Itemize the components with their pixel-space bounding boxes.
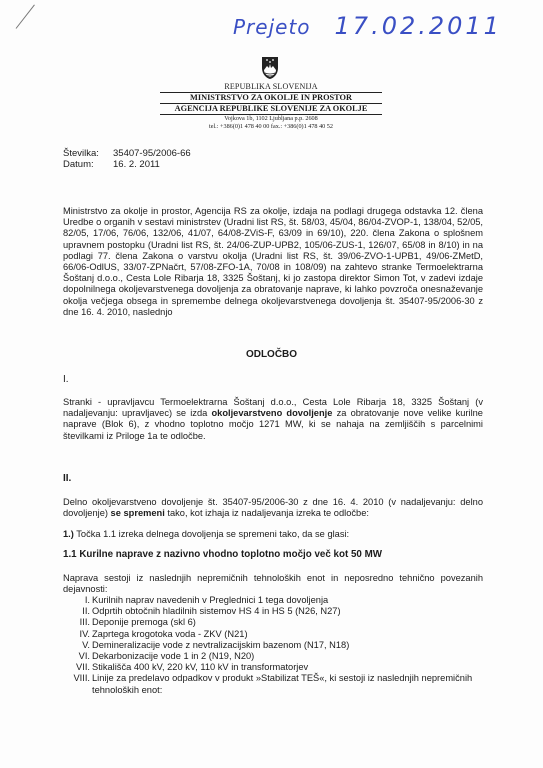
ministry-name: MINISTRSTVO ZA OKOLJE IN PROSTOR bbox=[160, 92, 382, 103]
number-value: 35407-95/2006-66 bbox=[113, 148, 191, 159]
device-paragraph: Naprava sestoji iz naslednjih nepremični… bbox=[63, 573, 483, 595]
list-item-number: VIII. bbox=[56, 673, 92, 695]
received-stamp: Prejeto17.02.2011 bbox=[233, 12, 502, 40]
section-1-heading: I. bbox=[63, 374, 69, 385]
s2-bold: se spremeni bbox=[111, 508, 165, 518]
list-item-number: V. bbox=[56, 640, 92, 651]
point-1: 1.) Točka 1.1 izreka delnega dovoljenja … bbox=[63, 529, 483, 540]
s2-text-after: tako, kot izhaja iz nadaljevanja izreka … bbox=[165, 508, 369, 518]
document-page: Prejeto17.02.2011 REPUBLIKA SLOVENIJA MI… bbox=[0, 0, 543, 768]
unit-list: I.Kurilnih naprav navedenih v Preglednic… bbox=[56, 595, 486, 696]
point-text: Točka 1.1 izreka delnega dovoljenja se s… bbox=[74, 529, 349, 539]
list-item: VI.Dekarbonizacije vode 1 in 2 (N19, N20… bbox=[56, 651, 486, 662]
list-item-number: I. bbox=[56, 595, 92, 606]
list-item-number: IV. bbox=[56, 629, 92, 640]
list-item: III.Deponije premoga (skl 6) bbox=[56, 617, 486, 628]
list-item: VII.Stikališča 400 kV, 220 kV, 110 kV in… bbox=[56, 662, 486, 673]
section-2-paragraph: Delno okoljevarstveno dovoljenje št. 354… bbox=[63, 497, 483, 519]
s1-bold: okoljevarstveno dovoljenje bbox=[211, 408, 332, 418]
republic-name: REPUBLIKA SLOVENIJA bbox=[160, 82, 382, 92]
list-item-text: Deponije premoga (skl 6) bbox=[92, 617, 486, 628]
slovenia-coat-of-arms-icon bbox=[261, 56, 279, 80]
list-item: VIII.Linije za predelavo odpadkov v prod… bbox=[56, 673, 486, 695]
list-item: V.Demineralizacije vode z nevtralizacijs… bbox=[56, 640, 486, 651]
date-value: 16. 2. 2011 bbox=[113, 159, 160, 170]
received-label: Prejeto bbox=[233, 15, 311, 39]
list-item-text: Odprtih obtočnih hladilnih sistemov HS 4… bbox=[92, 606, 486, 617]
address: Vojkova 1b, 1102 Ljubljana p.p. 2608 bbox=[160, 115, 382, 123]
received-date: 17.02.2011 bbox=[335, 12, 502, 40]
list-item-text: Linije za predelavo odpadkov v produkt »… bbox=[92, 673, 486, 695]
list-item-text: Stikališča 400 kV, 220 kV, 110 kV in tra… bbox=[92, 662, 486, 673]
list-item-text: Kurilnih naprav navedenih v Preglednici … bbox=[92, 595, 486, 606]
phone-fax: tel.: +386(0)1 478 40 00 fax.: +386(0)1 … bbox=[160, 123, 382, 131]
list-item-number: III. bbox=[56, 617, 92, 628]
date-label: Datum: bbox=[63, 159, 113, 170]
agency-name: AGENCIJA REPUBLIKE SLOVENIJE ZA OKOLJE bbox=[160, 103, 382, 115]
list-item: II.Odprtih obtočnih hladilnih sistemov H… bbox=[56, 606, 486, 617]
list-item-number: VII. bbox=[56, 662, 92, 673]
list-item: IV.Zaprtega krogotoka voda - ZKV (N21) bbox=[56, 629, 486, 640]
document-meta: Številka: 35407-95/2006-66 Datum: 16. 2.… bbox=[63, 148, 191, 170]
list-item-text: Dekarbonizacije vode 1 in 2 (N19, N20) bbox=[92, 651, 486, 662]
section-1-paragraph: Stranki - upravljavcu Termoelektrarna Šo… bbox=[63, 397, 483, 442]
list-item: I.Kurilnih naprav navedenih v Preglednic… bbox=[56, 595, 486, 606]
list-item-text: Zaprtega krogotoka voda - ZKV (N21) bbox=[92, 629, 486, 640]
number-label: Številka: bbox=[63, 148, 113, 159]
point-number: 1.) bbox=[63, 529, 74, 539]
intro-paragraph: Ministrstvo za okolje in prostor, Agenci… bbox=[63, 206, 483, 318]
list-item-text: Demineralizacije vode z nevtralizacijski… bbox=[92, 640, 486, 651]
subheading-1-1: 1.1 Kurilne naprave z nazivno vhodno top… bbox=[63, 549, 382, 560]
list-item-number: II. bbox=[56, 606, 92, 617]
pen-mark bbox=[16, 5, 35, 29]
list-item-number: VI. bbox=[56, 651, 92, 662]
decision-title: ODLOČBO bbox=[0, 349, 543, 360]
section-2-heading: II. bbox=[63, 473, 71, 484]
letterhead: REPUBLIKA SLOVENIJA MINISTRSTVO ZA OKOLJ… bbox=[160, 82, 382, 131]
